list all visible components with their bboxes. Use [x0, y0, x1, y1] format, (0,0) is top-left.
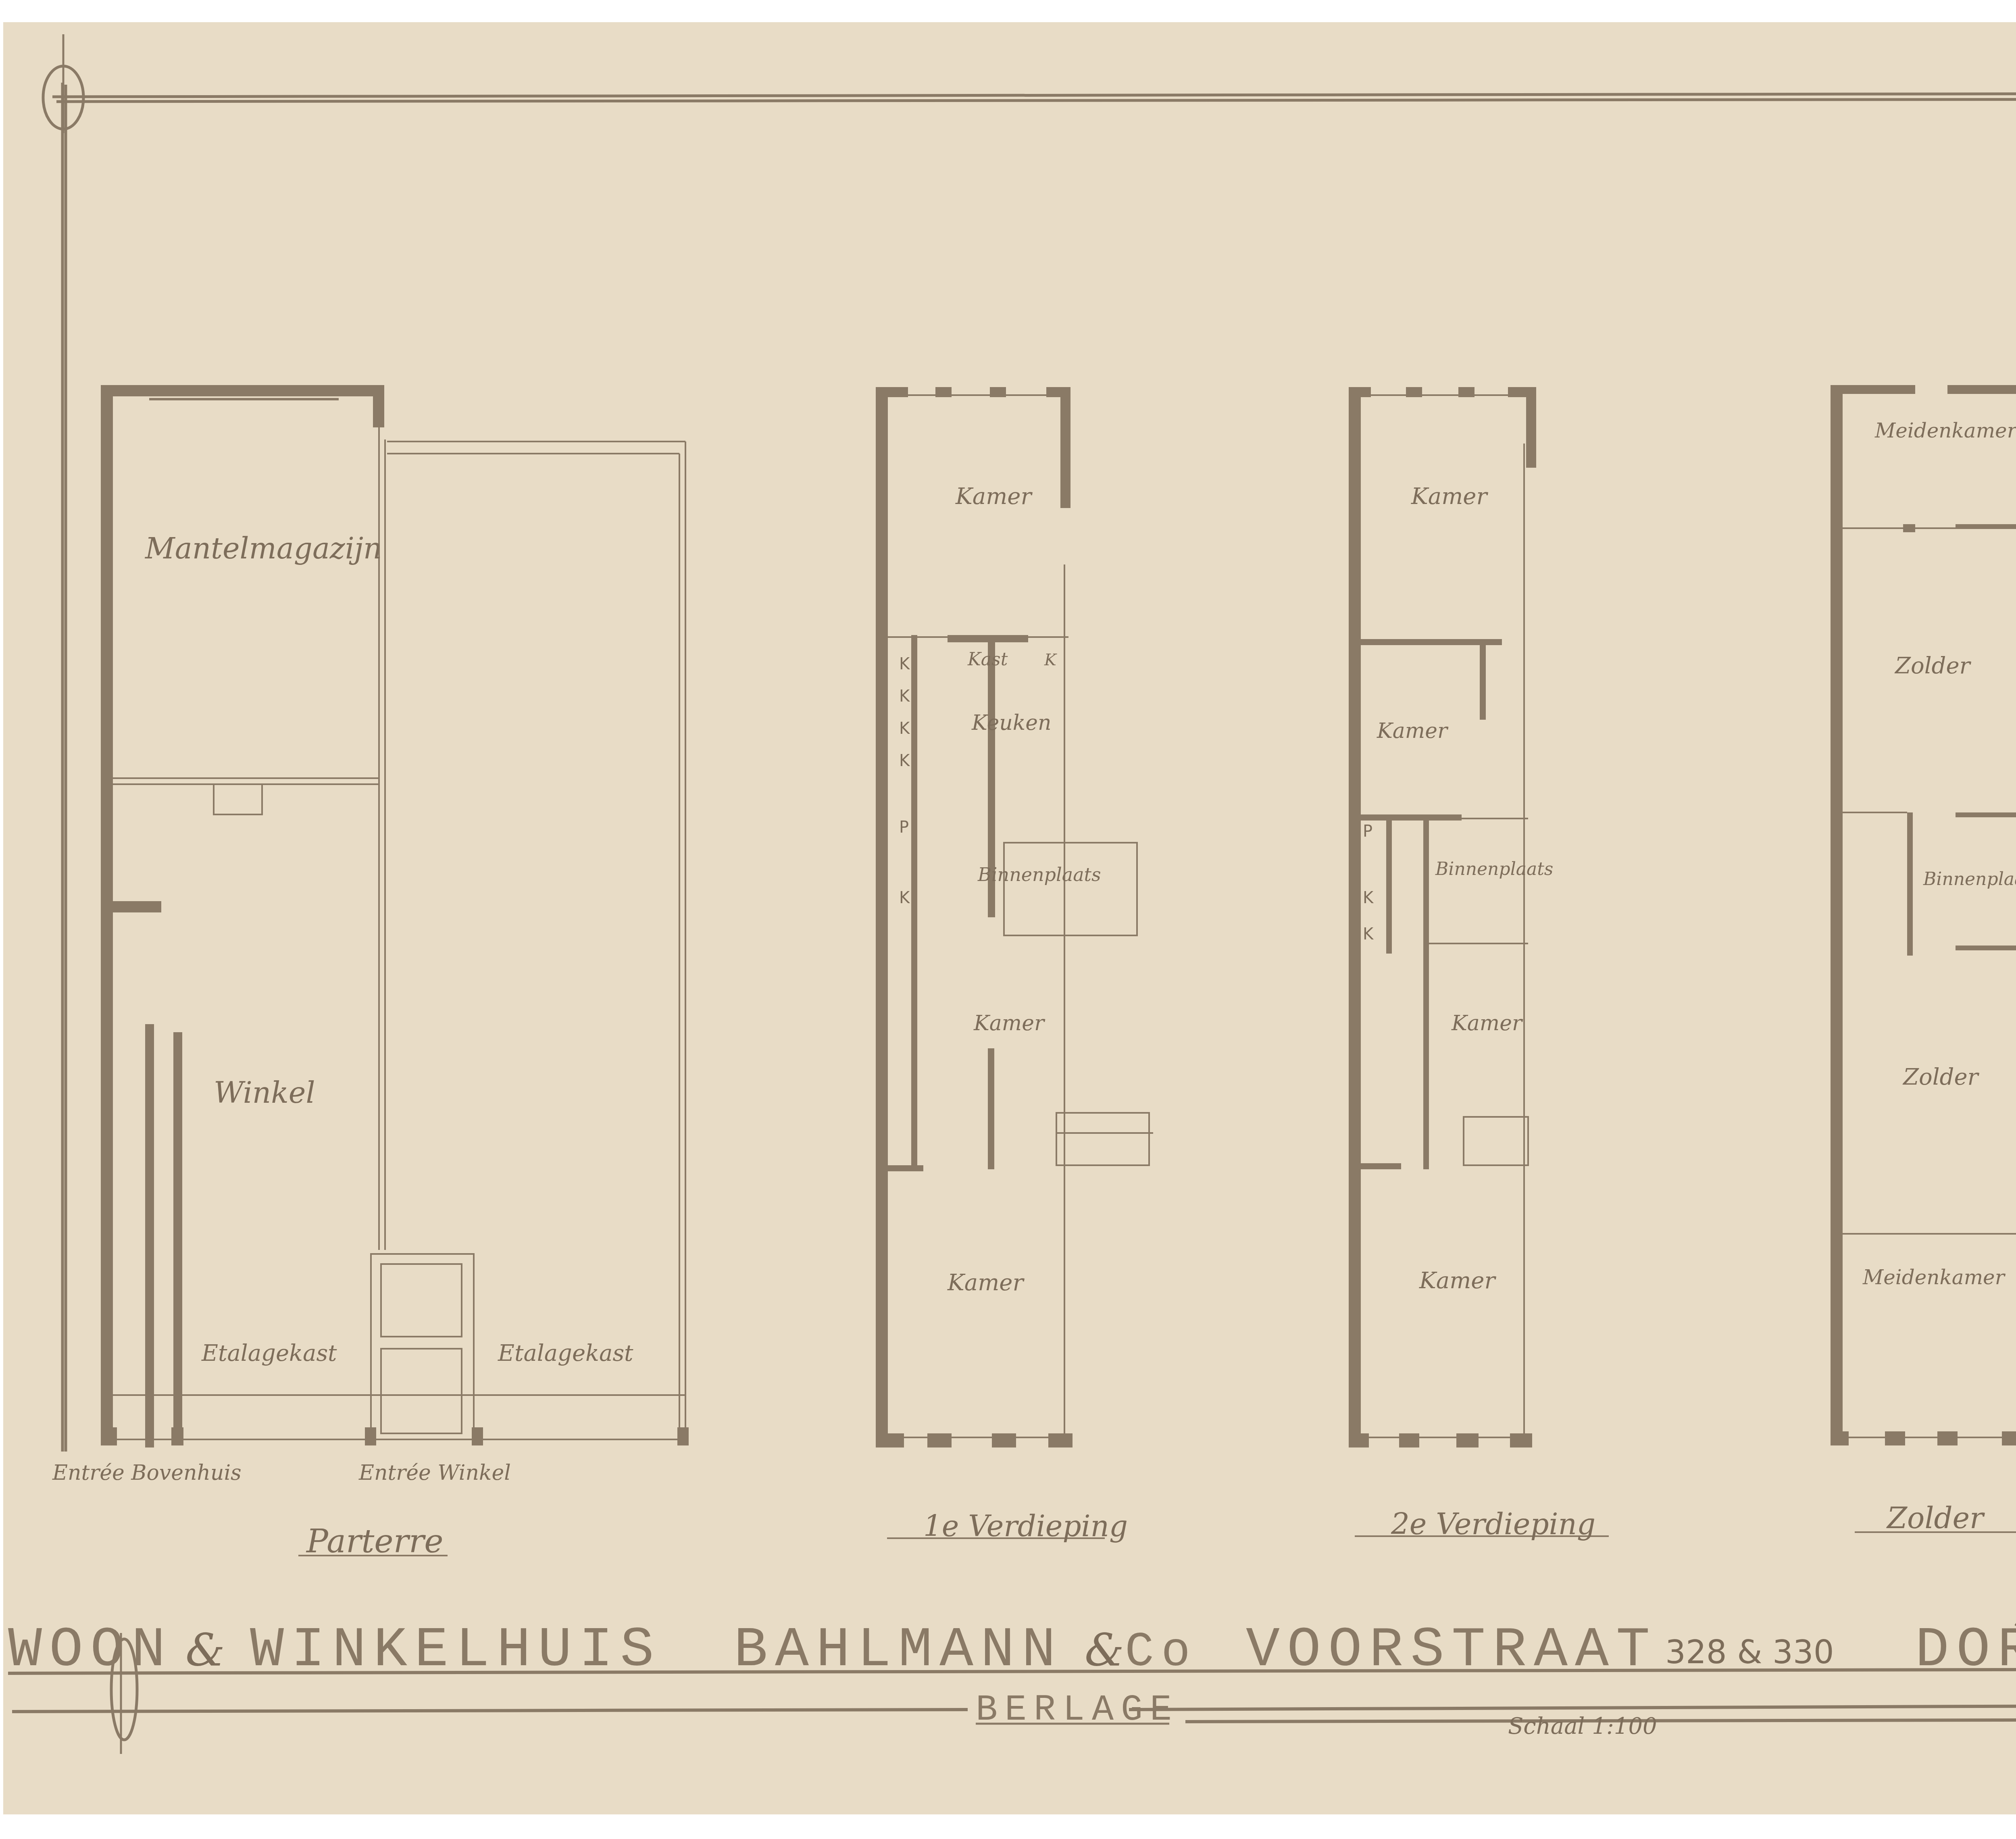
scale-note: Schaal 1:100: [1508, 1713, 1657, 1739]
closet-label: P: [899, 818, 909, 837]
room-label: Kamer: [1377, 719, 1449, 743]
room-label: Binnenplaats: [1923, 869, 2016, 889]
room-label: Kamer: [1451, 1011, 1523, 1035]
room-label: Kamer: [1419, 1268, 1496, 1294]
entrance-label: Entrée Winkel: [358, 1461, 511, 1485]
room-label: Meidenkamer: [1874, 419, 2016, 442]
title-ampersand: &: [185, 1624, 225, 1676]
architect-name: BERLAGE: [976, 1690, 1179, 1731]
room-label: Mantelmagazijn: [144, 531, 382, 565]
plan-caption: 1e Verdieping: [923, 1509, 1128, 1543]
closet-label: K: [1363, 889, 1374, 907]
closet-label: K: [899, 889, 910, 907]
title-address-numbers: 328 & 330: [1665, 1633, 1834, 1671]
closet-label: K: [1044, 651, 1057, 669]
plan-caption: Parterre: [306, 1522, 444, 1560]
room-label: Keuken: [971, 711, 1052, 735]
room-label: Etalagekast: [201, 1340, 337, 1366]
closet-label: P: [1363, 822, 1372, 841]
room-label: Kamer: [973, 1011, 1045, 1035]
room-label: Zolder: [1894, 653, 1972, 679]
paper: [3, 22, 2016, 1814]
plan-caption: 2e Verdieping: [1391, 1507, 1595, 1541]
entrance-label: Entrée Bovenhuis: [52, 1461, 242, 1485]
plan-caption: Zolder: [1886, 1501, 1985, 1535]
title-ampersand: &: [1085, 1624, 1124, 1676]
room-label: Kamer: [955, 483, 1033, 510]
floor-plan-sheet: Mantelmagazijn Winkel Etalagekast Etalag…: [0, 0, 2016, 1839]
closet-label: K: [899, 719, 910, 738]
room-label: Etalagekast: [498, 1340, 633, 1366]
closet-label: K: [899, 752, 910, 770]
room-label: Winkel: [214, 1076, 315, 1110]
closet-label: K: [899, 687, 910, 706]
room-label: Kast: [967, 649, 1008, 670]
room-label: Zolder: [1902, 1064, 1980, 1090]
room-label: Kamer: [947, 1270, 1025, 1296]
title-dordrecht: DORDRECHT: [1915, 1618, 2016, 1683]
closet-label: K: [1363, 925, 1374, 943]
room-label: Meidenkamer: [1862, 1266, 2006, 1289]
room-label: Binnenplaats: [977, 864, 1101, 885]
closet-label: K: [899, 655, 910, 673]
title-voorstraat: VOORSTRAAT: [1246, 1618, 1657, 1683]
room-label: Binnenplaats: [1435, 859, 1553, 879]
room-label: Kamer: [1411, 483, 1488, 510]
